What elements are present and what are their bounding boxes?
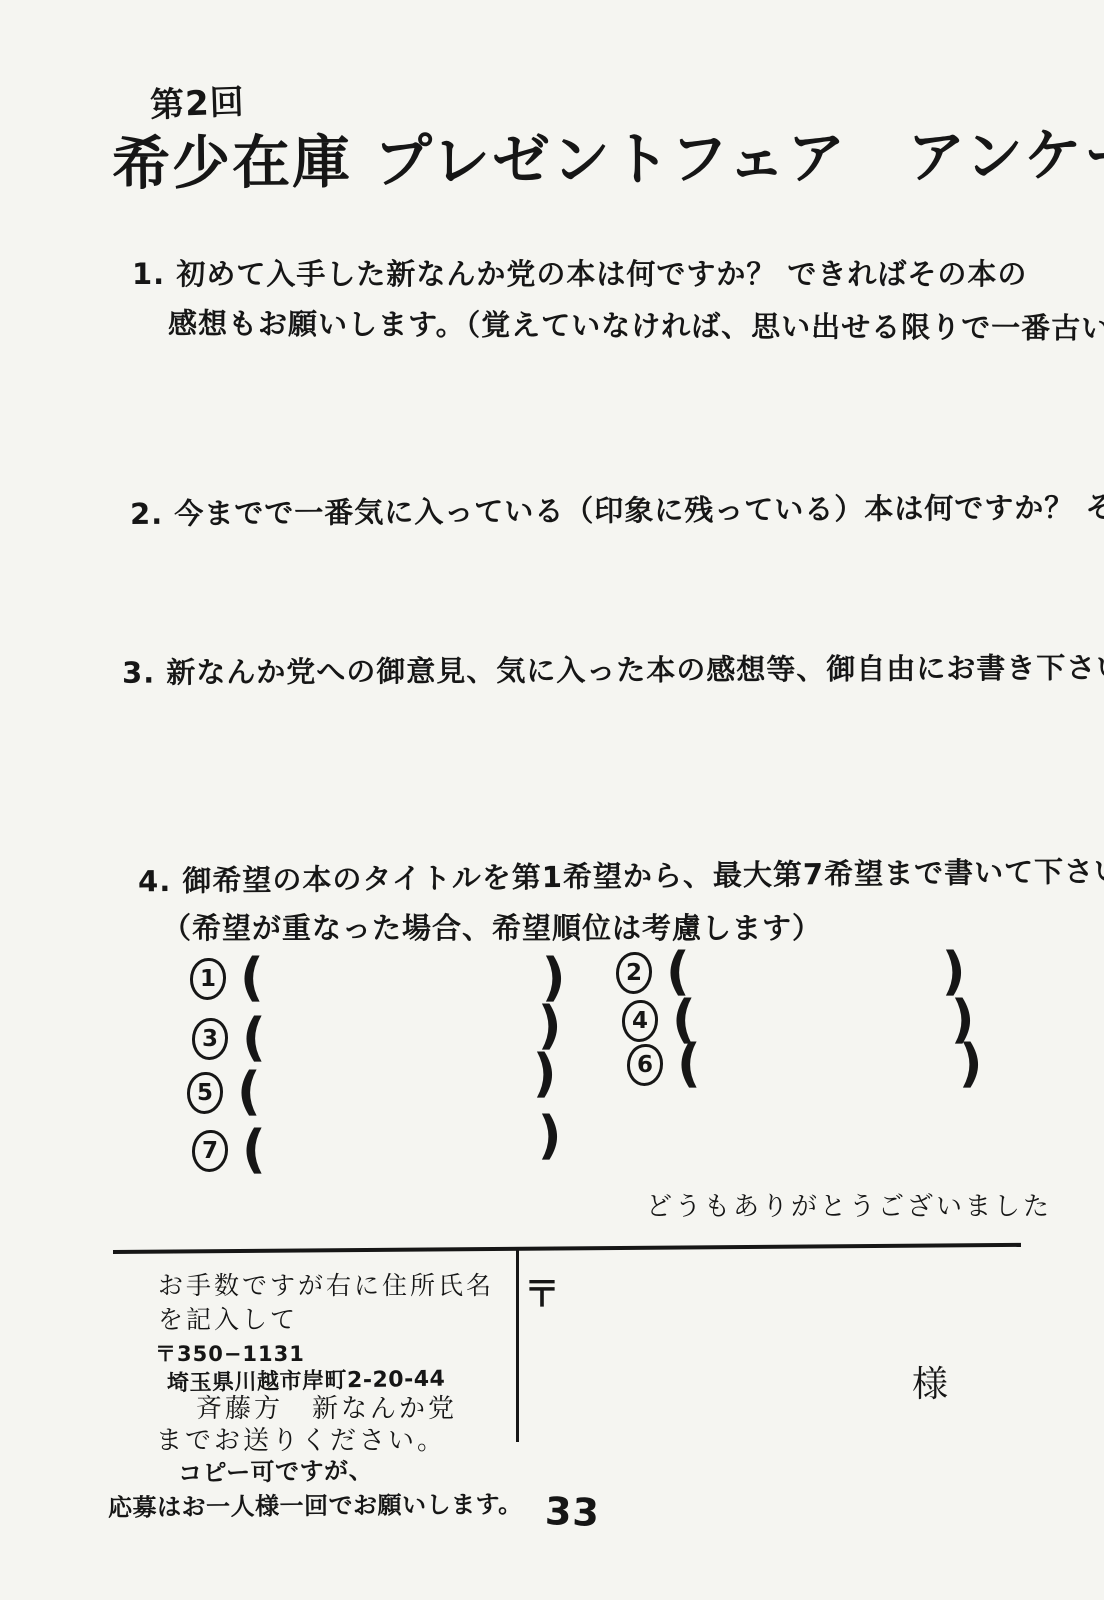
mailing-instruction-line-1: お手数ですが右に住所氏名 [158,1266,494,1302]
mailing-instruction-line-2: を記入して [158,1300,298,1336]
page-title: 希少在庫 プレゼントフェア アンケート [112,107,1104,201]
open-paren: ( [242,1012,266,1064]
mailing-note-one-entry: 応募はお一人様一回でお願いします。 [108,1484,523,1523]
close-paren: ) [538,1110,562,1162]
open-paren: ( [677,1038,701,1090]
question-1-line-2: 感想もお願いします。（覚えていなければ、思い出せる限りで一番古い本を） [168,301,1104,347]
wish-slot-5: 5 ( ) [187,1066,557,1118]
wish-slot-1: 1 ( ) [190,952,566,1004]
honorific-sama: 様 [912,1356,951,1407]
close-paren: ) [533,1048,557,1100]
wish-slot-2: 2 ( ) [616,946,966,998]
circled-number-4-icon: 4 [622,1000,658,1042]
thanks-message: どうもありがとうございました [646,1186,1052,1223]
mailing-note-copy-ok: コピー可ですが、 [178,1450,374,1488]
question-1-line-1: 1. 初めて入手した新なんか党の本は何ですか？ できればその本の [132,252,1027,293]
page-number: 33 [544,1489,600,1535]
circled-number-5-icon: 5 [187,1072,223,1114]
question-2-number: 2. [130,497,163,531]
question-1-text: 初めて入手した新なんか党の本は何ですか？ できればその本の [176,257,1027,291]
wish-slot-6: 6 ( ) [627,1038,983,1090]
question-3-number: 3. [122,656,155,690]
postal-mark-icon: 〒 [524,1266,563,1317]
circled-number-1-icon: 1 [190,958,226,1000]
wish-slot-3: 3 ( ) [192,1012,562,1064]
question-3: 3. 新なんか党への御意見、気に入った本の感想等、御自由にお書き下さい。 [122,645,1104,691]
question-4-line-1: 4. 御希望の本のタイトルを第1希望から、最大第7希望まで書いて下さい。 [138,849,1104,901]
question-4-line-2: （希望が重なった場合、希望順位は考慮します） [162,906,822,947]
open-paren: ( [240,952,264,1004]
circled-number-3-icon: 3 [192,1018,228,1060]
vertical-divider [516,1250,519,1442]
open-paren: ( [237,1066,261,1118]
question-3-text: 新なんか党への御意見、気に入った本の感想等、御自由にお書き下さい。 [166,650,1104,689]
circled-number-7-icon: 7 [192,1130,228,1172]
close-paren: ) [959,1038,983,1090]
question-4-text: 御希望の本のタイトルを第1希望から、最大第7希望まで書いて下さい。 [182,854,1104,898]
question-2: 2. 今までで一番気に入っている（印象に残っている）本は何ですか？ その理由は？ [130,484,1104,533]
question-2-text: 今までで一番気に入っている（印象に残っている）本は何ですか？ その理由は？ [174,489,1104,531]
wish-slot-7: 7 ( ) [192,1124,562,1176]
question-1-number: 1. [132,257,165,291]
scanned-survey-page: { "page": { "series_label": "第2回", "titl… [0,0,1104,1600]
circled-number-6-icon: 6 [627,1044,663,1086]
circled-number-2-icon: 2 [616,952,652,994]
question-4-number: 4. [138,864,172,898]
horizontal-divider [113,1243,1021,1254]
open-paren: ( [242,1124,266,1176]
